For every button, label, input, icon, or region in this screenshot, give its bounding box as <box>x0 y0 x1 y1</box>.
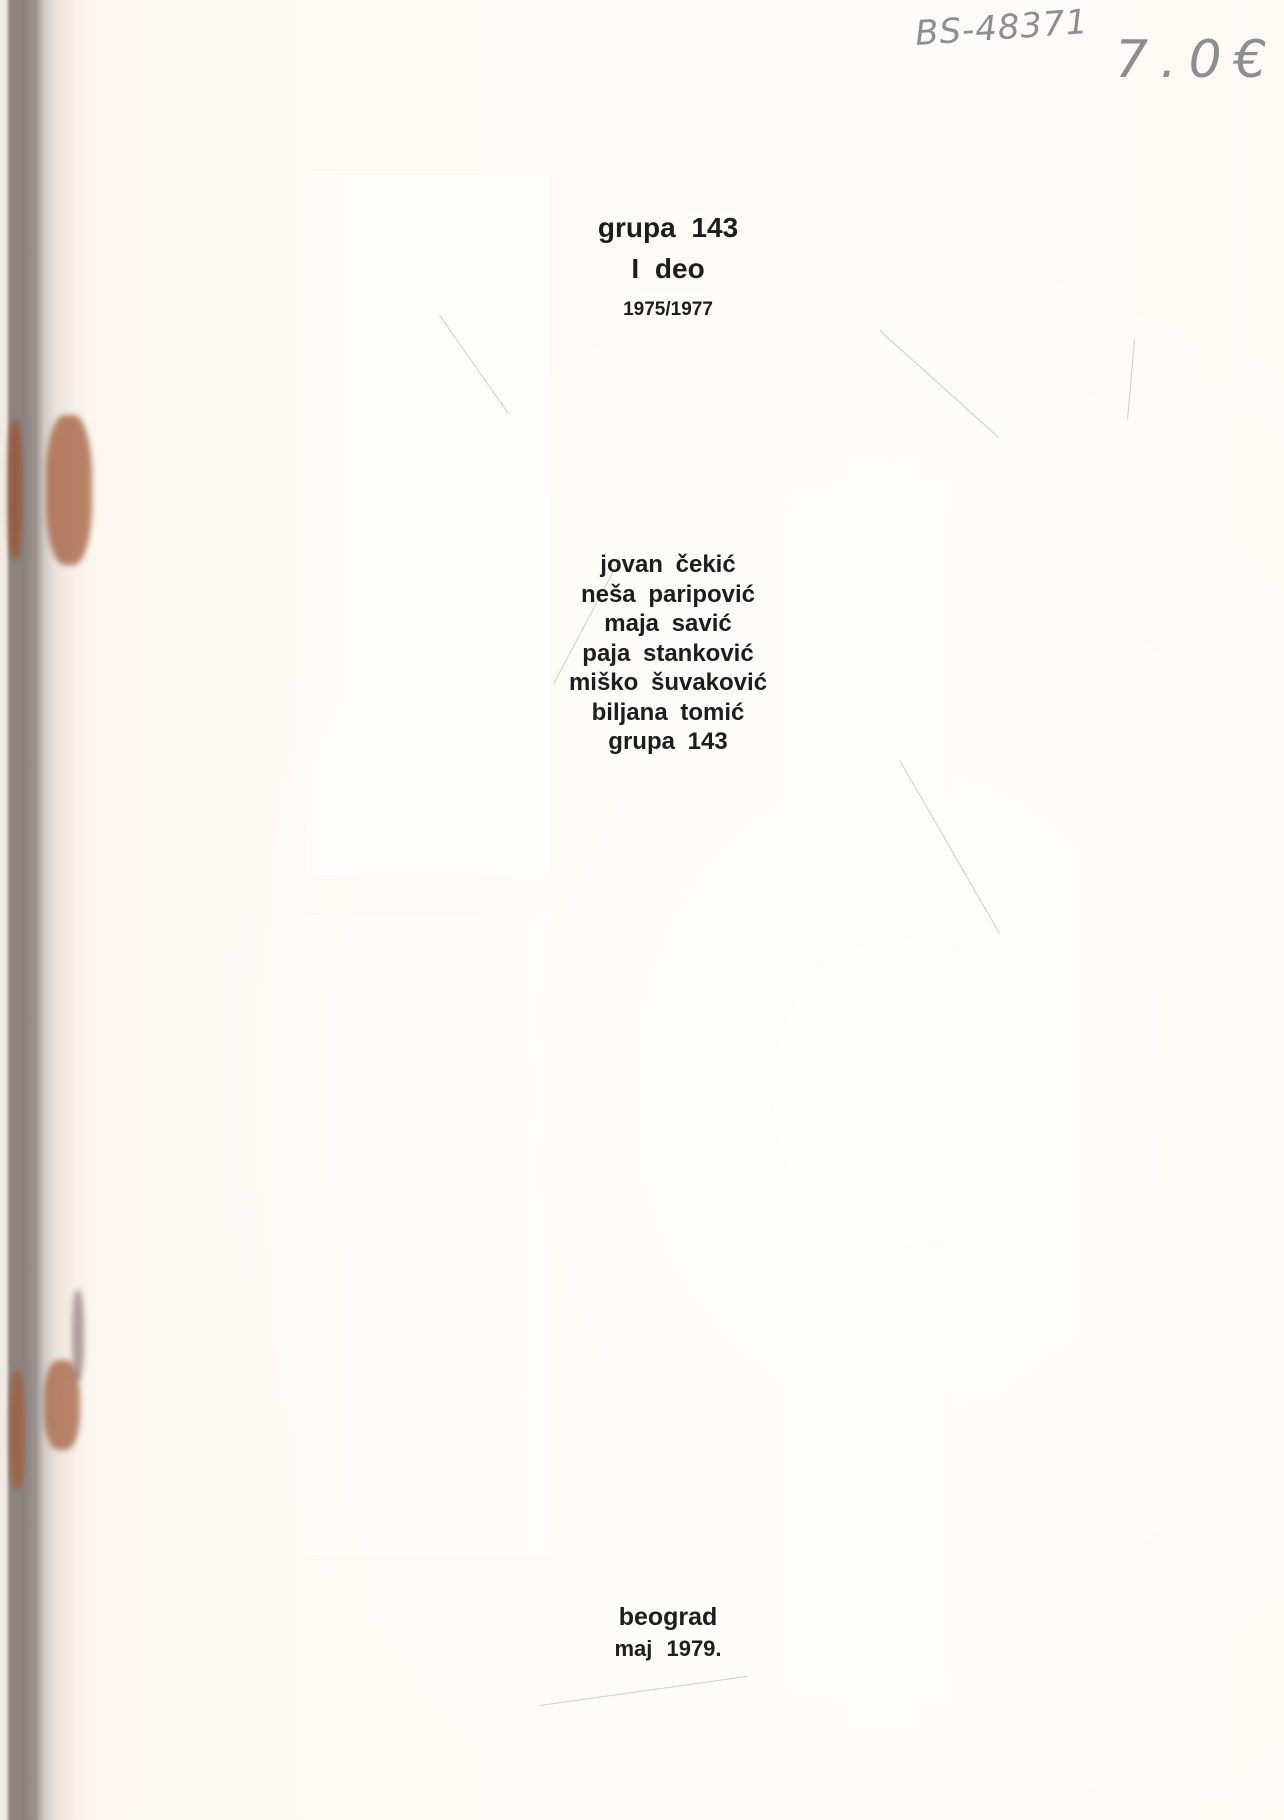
rust-stain <box>72 1290 84 1380</box>
rust-stain <box>8 420 22 560</box>
paper-scratch <box>1127 340 1135 420</box>
show-through-region <box>305 175 550 875</box>
document-title: grupa 143 <box>568 208 768 248</box>
scanned-page: BS-48371 7.0€ grupa 143 I deo 1975/1977 … <box>0 0 1284 1820</box>
author-name: miško šuvaković <box>548 668 788 698</box>
paper-scratch <box>879 330 999 438</box>
rust-stain <box>10 1370 24 1490</box>
document-subtitle: I deo <box>568 248 768 290</box>
catalog-number: BS-48371 <box>914 2 1090 54</box>
document-years: 1975/1977 <box>568 290 768 330</box>
paper-scratch <box>899 760 1000 934</box>
author-name: jovan čekić <box>548 550 788 580</box>
imprint-block: beograd maj 1979. <box>568 1600 768 1664</box>
author-name: maja savić <box>548 609 788 639</box>
paper-scratch <box>540 1676 748 1706</box>
show-through-region <box>305 915 550 1555</box>
title-block: grupa 143 I deo 1975/1977 <box>568 208 768 330</box>
publication-date: maj 1979. <box>568 1634 768 1664</box>
book-spine-binding <box>0 0 100 1820</box>
rust-stain <box>46 415 92 565</box>
author-name: biljana tomić <box>548 698 788 728</box>
author-name: neša paripović <box>548 580 788 610</box>
author-name: paja stanković <box>548 639 788 669</box>
author-list: jovan čekić neša paripović maja savić pa… <box>548 550 788 757</box>
author-name: grupa 143 <box>548 727 788 757</box>
price-note: 7.0€ <box>1115 30 1279 90</box>
publication-place: beograd <box>568 1600 768 1634</box>
